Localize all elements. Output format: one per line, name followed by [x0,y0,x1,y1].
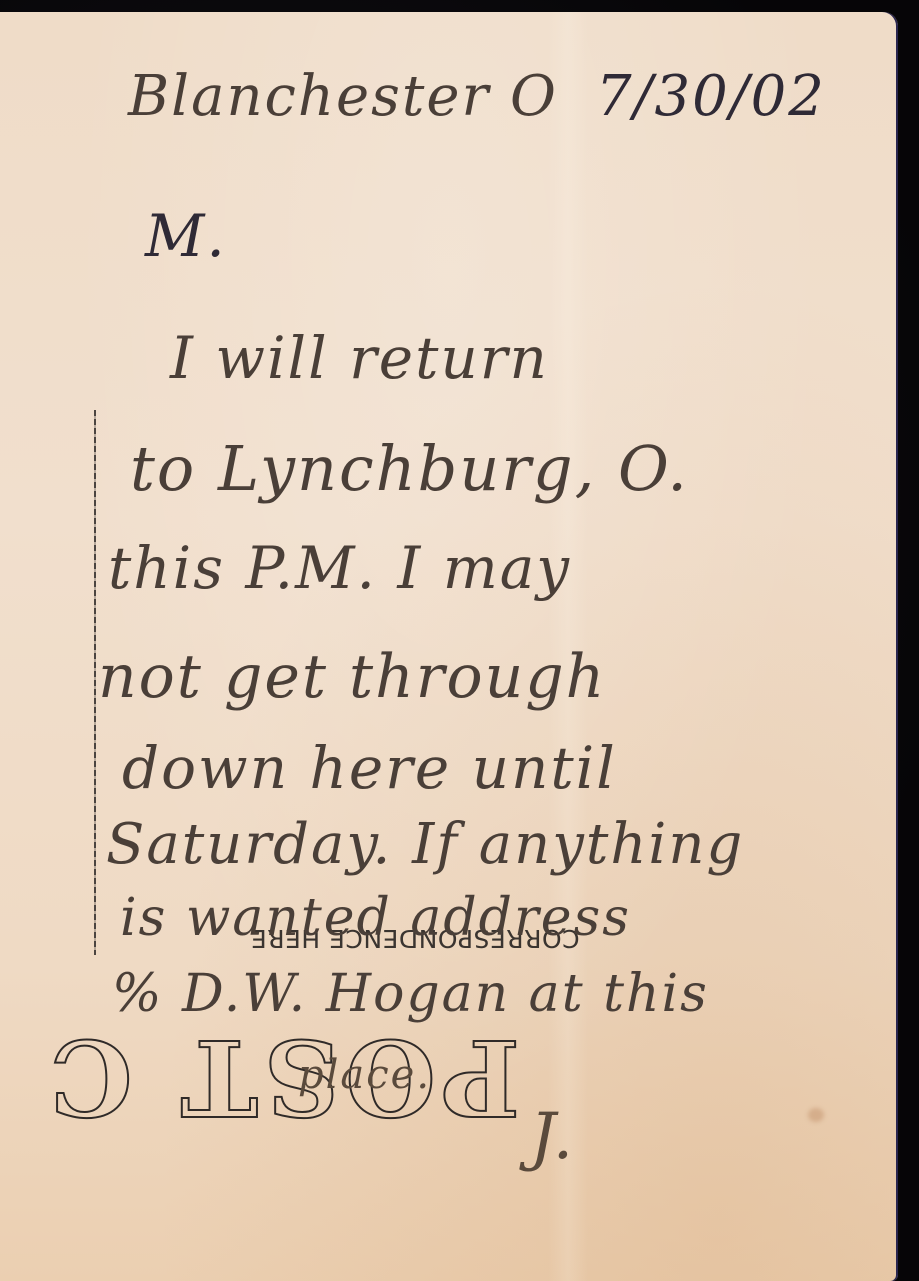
letter-line: this P.M. I may [108,534,571,602]
letter-signature: J. [530,1100,575,1174]
letter-line: % D.W. Hogan at this [112,964,709,1024]
printed-post-card-title: POST C [0,1022,520,1132]
paper-stain [808,1108,824,1122]
letter-line: I will return [170,324,549,392]
postcard: POST C CORRESPONDENCE HERE Blanchester O… [0,12,898,1281]
letter-line: is wanted address [120,888,631,948]
letter-line: down here until [122,734,617,802]
letter-line: Saturday. If anything [106,812,744,877]
letter-line: to Lynchburg, O. [130,432,689,505]
letter-place: Blanchester O [128,64,558,129]
printed-divider-line [94,410,96,955]
letter-salutation: M. [145,202,227,270]
letter-line: not get through [98,642,606,712]
photo-scene: POST C CORRESPONDENCE HERE Blanchester O… [0,0,919,1281]
letter-line: place. [298,1052,431,1098]
letter-date: 7/30/02 [596,64,826,129]
